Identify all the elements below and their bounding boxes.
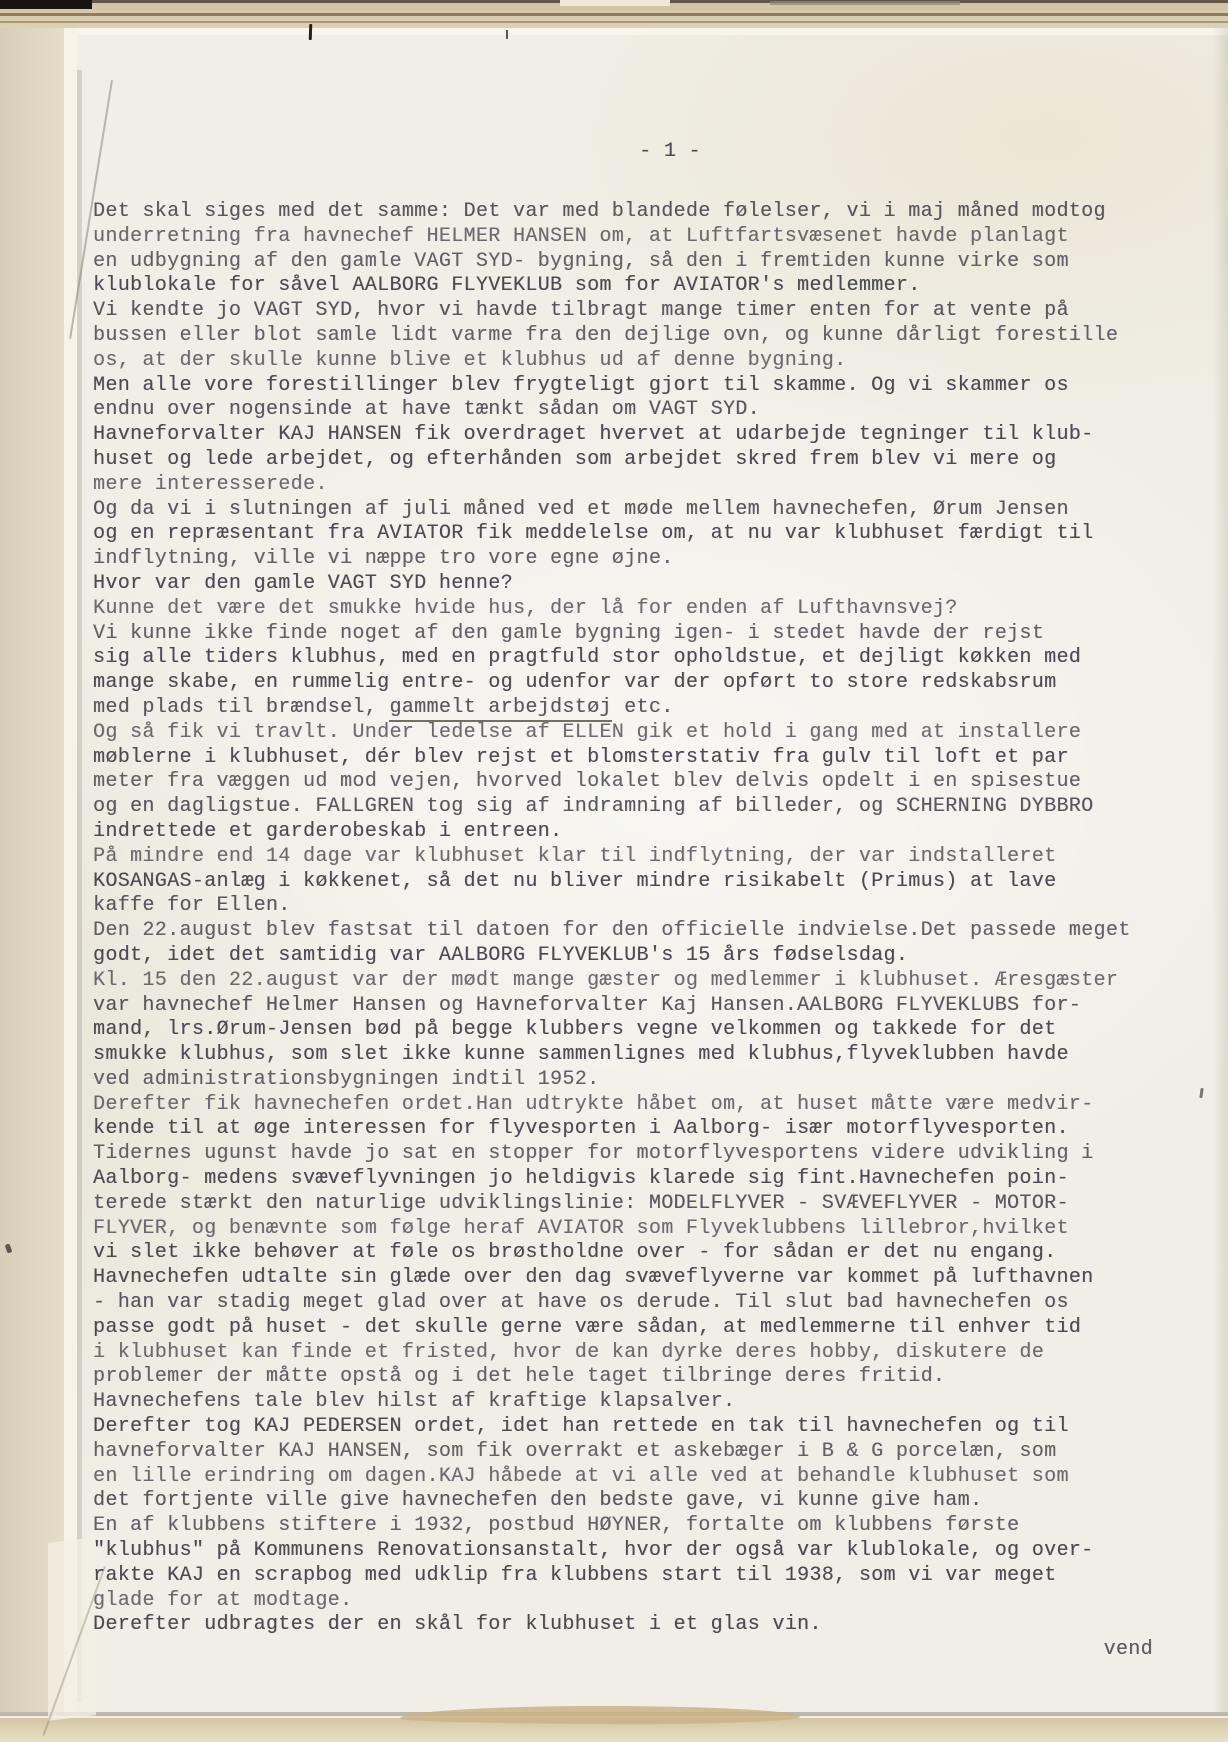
page-turn-note: vend bbox=[93, 1638, 1153, 1661]
text-line: vi slet ikke behøver at føle os brøsthol… bbox=[93, 1241, 1168, 1266]
text-line: underretning fra havnechef HELMER HANSEN… bbox=[93, 225, 1168, 250]
text-line: "klubhus" på Kommunens Renovationsanstal… bbox=[93, 1539, 1168, 1564]
text-line: Havneforvalter KAJ HANSEN fik overdraget… bbox=[93, 423, 1168, 448]
text-line: en lille erindring om dagen.KAJ håbede a… bbox=[93, 1465, 1168, 1490]
text-line: En af klubbens stiftere i 1932, postbud … bbox=[93, 1514, 1168, 1539]
text-line: terede stærkt den naturlige udviklingsli… bbox=[93, 1192, 1168, 1217]
text-line: bussen eller blot samle lidt varme fra d… bbox=[93, 324, 1168, 349]
text-line: en udbygning af den gamle VAGT SYD- bygn… bbox=[93, 250, 1168, 275]
scan-artifact-left-shadow bbox=[77, 70, 82, 1702]
text-line: i klubhuset kan finde et fristed, hvor d… bbox=[93, 1341, 1168, 1366]
text-line: mand, lrs.Ørum-Jensen bød på begge klubb… bbox=[93, 1018, 1168, 1043]
text-line: Kl. 15 den 22.august var der mødt mange … bbox=[93, 969, 1168, 994]
scan-artifact-under-page-corner bbox=[48, 1537, 96, 1721]
text-line: - han var stadig meget glad over at have… bbox=[93, 1291, 1168, 1316]
scan-artifact-right-shade bbox=[1212, 28, 1228, 1712]
scan-artifact-brown-line bbox=[0, 13, 1228, 16]
text-line: meter fra væggen ud mod vejen, hvorved l… bbox=[93, 770, 1168, 795]
text-line: Vi kunne ikke finde noget af den gamle b… bbox=[93, 622, 1168, 647]
text-line: Havnechefens tale blev hilst af kraftige… bbox=[93, 1390, 1168, 1415]
text-line: endnu over nogensinde at have tænkt såda… bbox=[93, 398, 1168, 423]
scan-artifact-black-bar bbox=[0, 0, 92, 9]
document-body: Det skal siges med det samme: Det var me… bbox=[93, 200, 1168, 1638]
scan-artifact-gray-segment bbox=[770, 1, 960, 5]
text-line: os, at der skulle kunne blive et klubhus… bbox=[93, 349, 1168, 374]
text-line: glade for at modtage. bbox=[93, 1589, 1168, 1614]
text-line: Aalborg- medens svæveflyvningen jo heldi… bbox=[93, 1167, 1168, 1192]
text-line: Og da vi i slutningen af juli måned ved … bbox=[93, 498, 1168, 523]
text-line: sig alle tiders klubhus, med en pragtful… bbox=[93, 646, 1168, 671]
text-line: rakte KAJ en scrapbog med udklip fra klu… bbox=[93, 1564, 1168, 1589]
page-number: - 1 - bbox=[140, 140, 1200, 163]
text-line: Derefter udbragtes der en skål for klubh… bbox=[93, 1613, 1168, 1638]
text-line: Derefter tog KAJ PEDERSEN ordet, idet ha… bbox=[93, 1415, 1168, 1440]
text-line: Den 22.august blev fastsat til datoen fo… bbox=[93, 919, 1168, 944]
underlined-phrase: gammelt arbejdstøj bbox=[389, 696, 611, 722]
text-line: klublokale for såvel AALBORG FLYVEKLUB s… bbox=[93, 274, 1168, 299]
scanned-page: - 1 - Det skal siges med det samme: Det … bbox=[0, 0, 1228, 1742]
text-line: det fortjente ville give havnechefen den… bbox=[93, 1489, 1168, 1514]
text-line: Men alle vore forestillinger blev frygte… bbox=[93, 374, 1168, 399]
scan-artifact-paper-highlight bbox=[0, 28, 1228, 35]
ink-speck-right bbox=[1199, 1088, 1203, 1098]
text-line: Og så fik vi travlt. Under ledelse af EL… bbox=[93, 721, 1168, 746]
text-line: kende til at øge interessen for flyvespo… bbox=[93, 1117, 1168, 1142]
ink-smudge-small bbox=[506, 30, 508, 39]
text-line: med plads til brændsel, gammelt arbejdst… bbox=[93, 696, 1168, 721]
text-line: smukke klubhus, som slet ikke kunne samm… bbox=[93, 1043, 1168, 1068]
text-line: KOSANGAS-anlæg i køkkenet, så det nu bli… bbox=[93, 870, 1168, 895]
text-line: huset og lede arbejdet, og efterhånden s… bbox=[93, 448, 1168, 473]
text-line: problemer der måtte opstå og i det hele … bbox=[93, 1365, 1168, 1390]
text-line: Kunne det være det smukke hvide hus, der… bbox=[93, 597, 1168, 622]
text-line: mange skabe, en rummelig entre- og udenf… bbox=[93, 671, 1168, 696]
ink-smudge bbox=[309, 24, 313, 40]
scan-artifact-bottom-tear bbox=[400, 1706, 800, 1724]
text-line: og en dagligstue. FALLGREN tog sig af in… bbox=[93, 795, 1168, 820]
text-line: indrettede et garderobeskab i entreen. bbox=[93, 820, 1168, 845]
text-line: mere interesserede. bbox=[93, 473, 1168, 498]
text-line: Hvor var den gamle VAGT SYD henne? bbox=[93, 572, 1168, 597]
text-line: kaffe for Ellen. bbox=[93, 894, 1168, 919]
text-line: FLYVER, og benævnte som følge heraf AVIA… bbox=[93, 1217, 1168, 1242]
text-line: På mindre end 14 dage var klubhuset klar… bbox=[93, 845, 1168, 870]
scan-artifact-left-edge bbox=[0, 28, 64, 1712]
text-line: Vi kendte jo VAGT SYD, hvor vi havde til… bbox=[93, 299, 1168, 324]
text-line: møblerne i klubhuset, dér blev rejst et … bbox=[93, 746, 1168, 771]
text-line: indflytning, ville vi næppe tro vore egn… bbox=[93, 547, 1168, 572]
text-line: Tidernes ugunst havde jo sat en stopper … bbox=[93, 1142, 1168, 1167]
text-line: ved administrationsbygningen indtil 1952… bbox=[93, 1068, 1168, 1093]
text-line: og en repræsentant fra AVIATOR fik medde… bbox=[93, 522, 1168, 547]
text-line: Det skal siges med det samme: Det var me… bbox=[93, 200, 1168, 225]
scan-artifact-left-paper-edge bbox=[64, 28, 77, 1716]
text-line: havneforvalter KAJ HANSEN, som fik overr… bbox=[93, 1440, 1168, 1465]
text-line: passe godt på huset - det skulle gerne v… bbox=[93, 1316, 1168, 1341]
text-line: var havnechef Helmer Hansen og Havneforv… bbox=[93, 994, 1168, 1019]
text-line: Havnechefen udtalte sin glæde over den d… bbox=[93, 1266, 1168, 1291]
text-line: godt, idet det samtidig var AALBORG FLYV… bbox=[93, 944, 1168, 969]
scan-artifact-notch bbox=[560, 0, 670, 6]
scan-artifact-brown-line-2 bbox=[0, 21, 1228, 23]
text-line: Derefter fik havnechefen ordet.Han udtry… bbox=[93, 1093, 1168, 1118]
